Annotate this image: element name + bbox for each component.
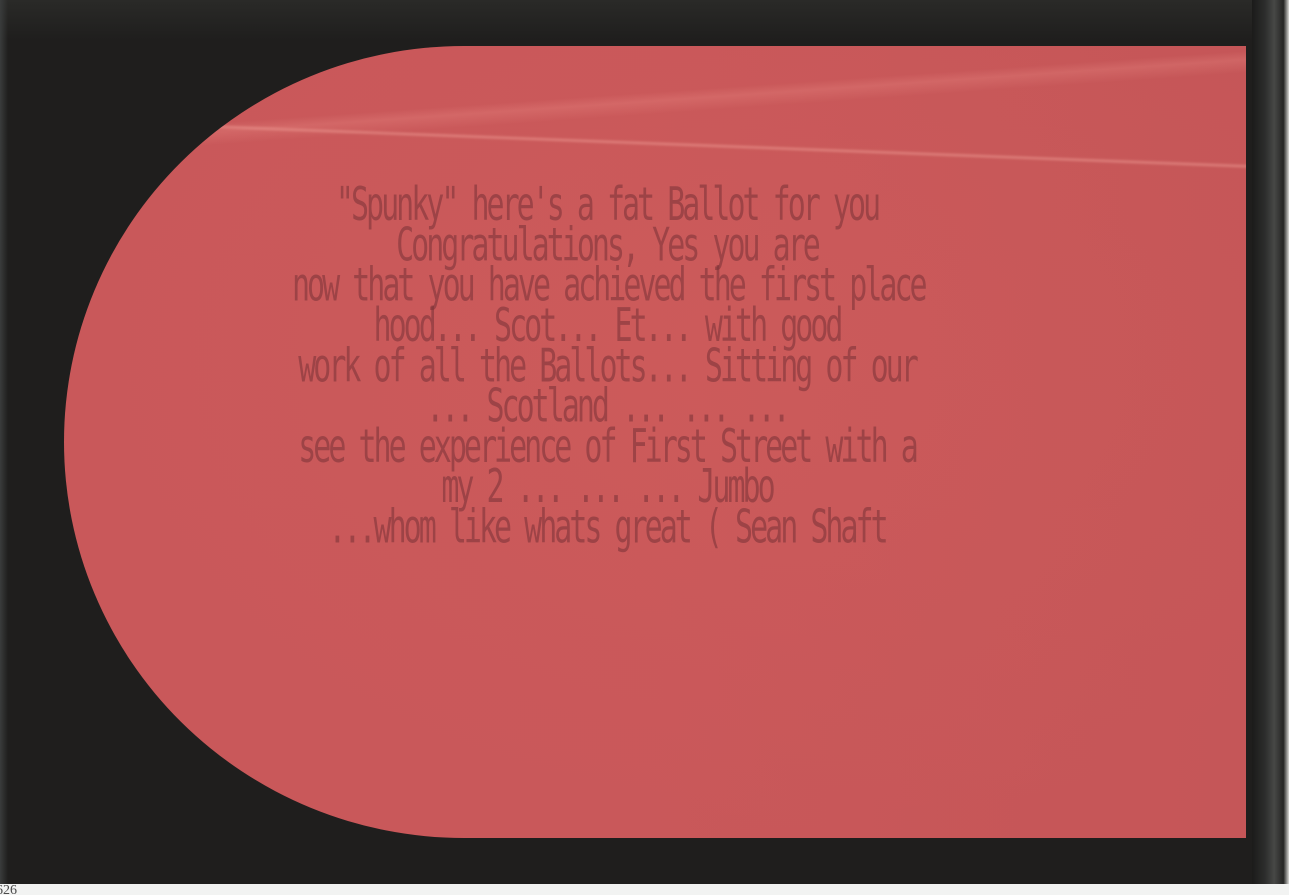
page: "Spunky" here's a fat Ballot for you Con… xyxy=(0,0,1289,895)
page-number: 626 xyxy=(0,884,17,895)
handwritten-line: ...whom like whats great ( Sean Shaft xyxy=(292,508,922,548)
right-edge-band xyxy=(1252,0,1289,884)
left-edge-shading xyxy=(0,0,8,884)
artwork-photo: "Spunky" here's a fat Ballot for you Con… xyxy=(0,0,1289,884)
handwritten-text: "Spunky" here's a fat Ballot for you Con… xyxy=(292,186,922,549)
top-shadow xyxy=(0,0,1289,40)
